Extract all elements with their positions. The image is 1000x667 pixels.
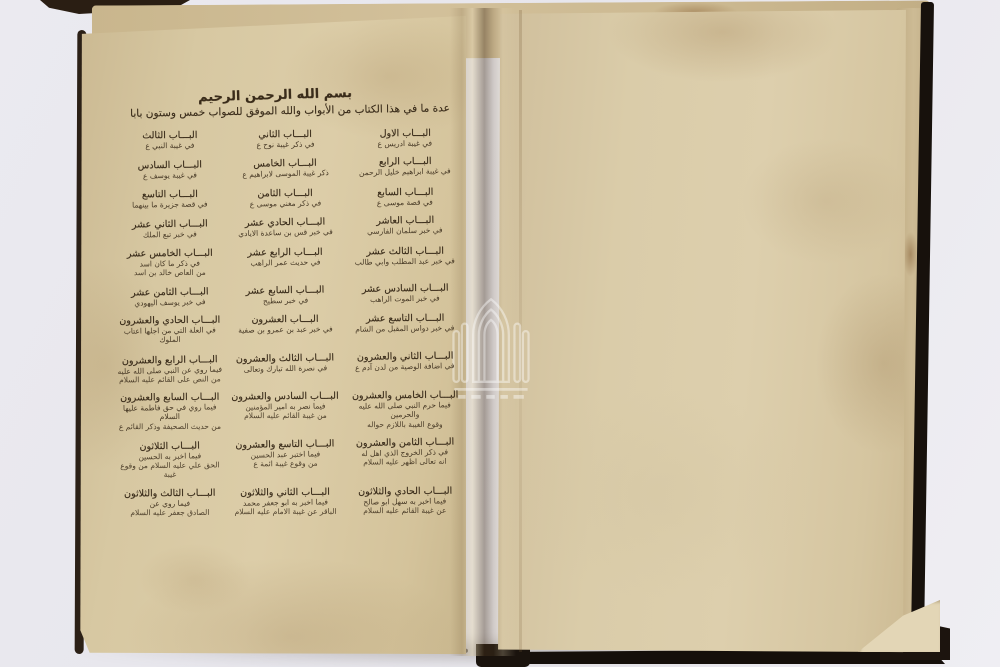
chapter-entry: البـــاب التاسع والعشرونفيما اختبر عبد ا… xyxy=(229,438,340,478)
contents-row: البـــاب الخامس والعشرونفيما حرم النبي ص… xyxy=(116,390,464,432)
chapter-note: في نصرة الله تبارك وتعالى xyxy=(230,363,341,375)
chapter-entry: البـــاب الثانيفي ذكر غيبة نوح ع xyxy=(229,129,340,150)
chapter-note: في خبر يوسف اليهودي xyxy=(116,297,224,309)
chapter-note-2: وقوع الغيبة باللازم حواله xyxy=(347,420,465,429)
chapter-note: في قصة موسى ع xyxy=(346,197,464,208)
chapter-note: فيما حرم النبي صلى الله عليه والحرمين xyxy=(346,400,464,421)
contents-row: البـــاب الاولفي غيبة ادريس عالبـــاب ال… xyxy=(116,127,464,150)
chapter-note: في غيبة يوسف ع xyxy=(116,170,224,182)
chapter-note-2: من حديث الصحيفة وذكر القائم ع xyxy=(116,422,224,431)
chapter-note-2: من غيبة القائم عليه السلام xyxy=(230,412,341,421)
chapter-note-2: من النص على القائم عليه السلام xyxy=(116,375,224,385)
chapter-entry: البـــاب الخامس والعشرونفيما حرم النبي ص… xyxy=(346,390,464,430)
chapter-note: في غيبة النبي ع xyxy=(116,140,224,151)
chapter-note: في خبر دواس المقبل من الشام xyxy=(346,323,464,334)
chapter-entry: البـــاب السابع والعشرونفيما روي في حق ف… xyxy=(116,392,224,432)
chapter-note: في غيبة ادريس ع xyxy=(346,138,464,149)
chapter-entry: البـــاب السابعفي قصة موسى ع xyxy=(346,186,464,207)
contents-row: البـــاب الثامن والعشرونفي ذكر الخروج ال… xyxy=(116,436,465,480)
chapter-note: في غيبة ابراهيم خليل الرحمن xyxy=(346,166,464,178)
chapter-note-2: من العاص خالد بن اسد xyxy=(116,268,224,277)
chapter-entry: البـــاب التاسع عشرفي خبر دواس المقبل من… xyxy=(346,313,464,344)
chapter-entry: البـــاب الاولفي غيبة ادريس ع xyxy=(346,127,464,148)
chapter-note: في العلة التي من اجلها اعتاب الملوك xyxy=(116,325,224,345)
chapter-note: في حديث عمر الراهب xyxy=(230,257,341,268)
chapter-entry: البـــاب الخامس عشرفي ذكر ما كان اسدمن ا… xyxy=(116,247,224,277)
chapter-entry: البـــاب الحادي والعشرونفي العلة التي من… xyxy=(116,315,224,346)
contents-row: البـــاب الحادي والثلاثونفيما اخبر به سه… xyxy=(116,485,464,517)
contents-row: البـــاب السابعفي قصة موسى عالبـــاب الث… xyxy=(116,186,464,209)
chapter-note: في قصة جزيرة ما بينهما xyxy=(116,199,224,210)
chapter-entry: البـــاب الثاني عشرفي خبر تبع الملك xyxy=(116,218,224,240)
chapter-entry: البـــاب السادس والعشرونفيما نصر به امير… xyxy=(229,391,340,431)
table-of-contents: البـــاب الاولفي غيبة ادريس عالبـــاب ال… xyxy=(116,129,464,525)
chapter-note: في اضافة الوصية من لدن آدم ع xyxy=(346,361,464,373)
contents-row: البـــاب الثاني والعشرونفي اضافة الوصية … xyxy=(116,350,464,385)
chapter-title: البـــاب الحادي والثلاثون xyxy=(346,485,464,497)
manuscript-text-block: بسم الله الرحمن الرحيم عدة ما في هذا الك… xyxy=(116,88,464,600)
photo-backdrop: بسم الله الرحمن الرحيم عدة ما في هذا الك… xyxy=(0,0,1000,667)
chapter-entry: البـــاب الحادي عشرفي خبر قس بن ساعدة ال… xyxy=(229,216,340,238)
chapter-entry: البـــاب الثالث والثلاثونفيما روي عنالصا… xyxy=(116,487,224,517)
contents-row: البـــاب السادس عشرفي خبر الموت الراهبال… xyxy=(116,282,464,308)
chapter-entry: البـــاب الثامنفي ذكر مغني موسى ع xyxy=(229,187,340,208)
chapter-entry: البـــاب الرابع عشرفي حديث عمر الراهب xyxy=(229,246,340,276)
contents-row: البـــاب الثالث عشرفي خبر عبد المطلب واب… xyxy=(116,245,464,277)
chapter-entry: البـــاب الرابع والعشرونفيما روي عن النب… xyxy=(116,354,224,385)
chapter-entry: البـــاب الثامن عشرفي خبر يوسف اليهودي xyxy=(116,286,224,308)
contents-row: البـــاب العاشرفي خبر سلمان الفارسيالبــ… xyxy=(116,214,464,240)
chapter-note: فيما روي في حق فاطمة عليها السلام xyxy=(116,403,224,423)
chapter-entry: البـــاب الثلاثونفيما اخبر به الحسينالحق… xyxy=(116,440,224,480)
chapter-entry: البـــاب الثالثفي غيبة النبي ع xyxy=(116,130,224,151)
chapter-note: في ذكر غيبة نوح ع xyxy=(230,139,341,150)
chapter-entry: البـــاب الثاني والعشرونفي اضافة الوصية … xyxy=(346,350,464,381)
chapter-entry: البـــاب السادسفي غيبة يوسف ع xyxy=(116,159,224,181)
chapter-entry: البـــاب الثالث والعشرونفي نصرة الله تبا… xyxy=(229,352,340,383)
chapter-note-2: الصادق جعفر عليه السلام xyxy=(116,508,224,517)
chapter-note: في خبر عبد المطلب وابي طالب xyxy=(346,256,464,267)
right-page xyxy=(496,6,908,656)
chapter-entry: البـــاب السابع عشرفي خبر سطيح xyxy=(229,284,340,306)
chapter-note: ذكر غيبة الموسى لابراهيم ع xyxy=(230,168,341,180)
chapter-note-2: الباقر عن غيبة الامام عليه السلام xyxy=(230,507,341,516)
chapter-title: البـــاب الثالث عشر xyxy=(346,245,464,257)
chapter-note: في خبر عبد بن عمرو بن صفية xyxy=(230,324,341,335)
chapter-entry: البـــاب الحادي والثلاثونفيما اخبر به سه… xyxy=(346,485,464,515)
chapter-note: في ذكر مغني موسى ع xyxy=(230,198,341,209)
chapter-note: في خبر تبع الملك xyxy=(116,229,224,241)
chapter-note-2: من وقوع غيبة ائمة ع xyxy=(230,459,341,469)
chapter-title: البـــاب الخامس عشر xyxy=(116,247,224,259)
chapter-title: البـــاب الثالث والثلاثون xyxy=(116,487,224,499)
chapter-entry: البـــاب الخامسذكر غيبة الموسى لابراهيم … xyxy=(229,158,340,180)
chapter-title: البـــاب الرابع عشر xyxy=(229,246,340,258)
chapter-note: في خبر سلمان الفارسي xyxy=(346,225,464,237)
chapter-note-2: عن غيبة القائم عليه السلام xyxy=(347,506,465,515)
contents-row: البـــاب الرابعفي غيبة ابراهيم خليل الرح… xyxy=(116,156,464,182)
chapter-entry: البـــاب الثالث عشرفي خبر عبد المطلب واب… xyxy=(346,245,464,275)
chapter-entry: البـــاب العاشرفي خبر سلمان الفارسي xyxy=(346,214,464,236)
chapter-title: البـــاب الثاني والثلاثون xyxy=(229,486,340,498)
chapter-entry: البـــاب العشرونفي خبر عبد بن عمرو بن صف… xyxy=(229,314,340,345)
chapter-note: في خبر سطيح xyxy=(230,295,341,307)
chapter-entry: البـــاب التاسعفي قصة جزيرة ما بينهما xyxy=(116,188,224,209)
chapter-entry: البـــاب الثاني والثلاثونفيما اخبر به اب… xyxy=(229,486,340,516)
chapter-entry: البـــاب الثامن والعشرونفي ذكر الخروج ال… xyxy=(346,436,464,476)
chapter-note-2: الحق علي عليه السلام من وقوع غيبة xyxy=(116,461,224,480)
chapter-note: في خبر قس بن ساعدة الايادي xyxy=(230,227,341,239)
contents-row: البـــاب التاسع عشرفي خبر دواس المقبل من… xyxy=(116,313,464,346)
chapter-note: في خبر الموت الراهب xyxy=(346,293,464,305)
chapter-entry: البـــاب الرابعفي غيبة ابراهيم خليل الرح… xyxy=(346,156,464,178)
chapter-entry: البـــاب السادس عشرفي خبر الموت الراهب xyxy=(346,282,464,304)
chapter-note-2: انه تعالى اظهر عليه السلام xyxy=(346,457,464,467)
